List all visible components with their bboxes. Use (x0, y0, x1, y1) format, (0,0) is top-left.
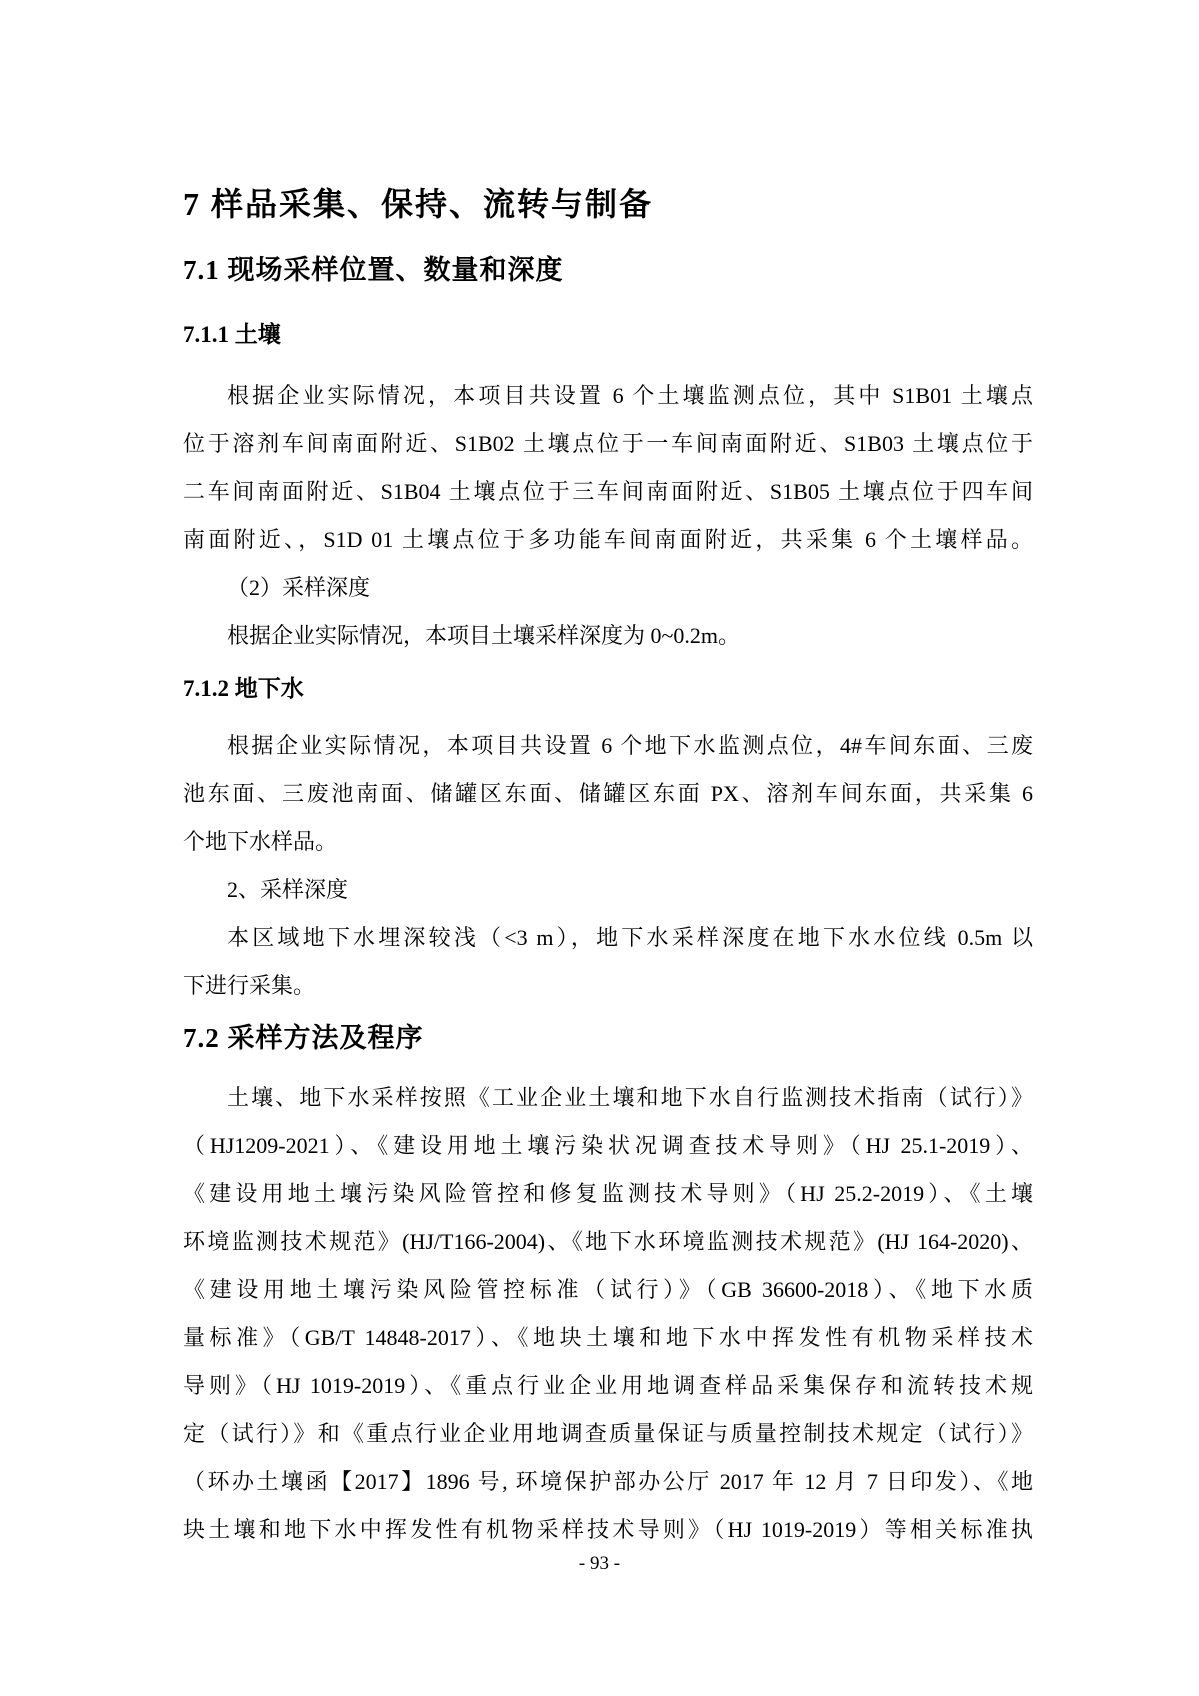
paragraph-line: 根据企业实际情况，本项目共设置 6 个地下水监测点位，4#车间东面、三废 (183, 722, 1033, 770)
subsection-heading-7-1-2: 7.1.2 地下水 (183, 672, 1033, 706)
paragraph-soil-points: 根据企业实际情况，本项目共设置 6 个土壤监测点位，其中 S1B01 土壤点 位… (183, 372, 1033, 564)
soil-depth-heading: （2）采样深度 (183, 564, 1033, 612)
section-heading-7-1: 7.1 现场采样位置、数量和深度 (183, 250, 1033, 290)
paragraph-line: 《建设用地土壤污染风险管控标准（试行）》（GB 36600-2018）、《地下水… (183, 1266, 1033, 1314)
paragraph-groundwater-points: 根据企业实际情况，本项目共设置 6 个地下水监测点位，4#车间东面、三废 池东面… (183, 722, 1033, 866)
paragraph-line: 下进行采集。 (183, 962, 1033, 1010)
soil-depth-text: 根据企业实际情况，本项目土壤采样深度为 0~0.2m。 (183, 612, 1033, 660)
paragraph-line: 二车间南面附近、S1B04 土壤点位于三车间南面附近、S1B05 土壤点位于四车… (183, 468, 1033, 516)
paragraph-line: 根据企业实际情况，本项目共设置 6 个土壤监测点位，其中 S1B01 土壤点 (183, 372, 1033, 420)
paragraph-line: 本区域地下水埋深较浅（<3 m），地下水采样深度在地下水水位线 0.5m 以 (183, 914, 1033, 962)
paragraph-line: 池东面、三废池南面、储罐区东面、储罐区东面 PX、溶剂车间东面，共采集 6 (183, 770, 1033, 818)
paragraph-line: 定（试行）》和《重点行业企业用地调查质量保证与质量控制技术规定（试行）》 (183, 1410, 1033, 1458)
document-page: 7 样品采集、保持、流转与制备 7.1 现场采样位置、数量和深度 7.1.1 土… (0, 0, 1199, 1696)
groundwater-depth-heading: 2、采样深度 (183, 866, 1033, 914)
paragraph-line: 土壤、地下水采样按照《工业企业土壤和地下水自行监测技术指南（试行）》 (183, 1074, 1033, 1122)
subsection-heading-7-1-1: 7.1.1 土壤 (183, 318, 1033, 352)
paragraph-line: 南面附近、，S1D 01 土壤点位于多功能车间南面附近，共采集 6 个土壤样品。 (183, 516, 1033, 564)
paragraph-line: （HJ1209-2021）、《建设用地土壤污染状况调查技术导则》（HJ 25.1… (183, 1122, 1033, 1170)
page-number: - 93 - (0, 1550, 1199, 1578)
paragraph-line: 导则》（HJ 1019-2019）、《重点行业企业用地调查样品采集保存和流转技术… (183, 1362, 1033, 1410)
paragraph-line: 位于溶剂车间南面附近、S1B02 土壤点位于一车间南面附近、S1B03 土壤点位… (183, 420, 1033, 468)
paragraph-sampling-standards: 土壤、地下水采样按照《工业企业土壤和地下水自行监测技术指南（试行）》 （HJ12… (183, 1074, 1033, 1554)
paragraph-line: （环办土壤函【2017】1896 号, 环境保护部办公厅 2017 年 12 月… (183, 1458, 1033, 1506)
page-content: 7 样品采集、保持、流转与制备 7.1 现场采样位置、数量和深度 7.1.1 土… (183, 178, 1033, 1554)
paragraph-line: 块土壤和地下水中挥发性有机物采样技术导则》（HJ 1019-2019）等相关标准… (183, 1506, 1033, 1554)
paragraph-groundwater-depth: 本区域地下水埋深较浅（<3 m），地下水采样深度在地下水水位线 0.5m 以 下… (183, 914, 1033, 1010)
paragraph-line: 环境监测技术规范》(HJ/T166-2004)、《地下水环境监测技术规范》(HJ… (183, 1218, 1033, 1266)
paragraph-line: 《建设用地土壤污染风险管控和修复监测技术导则》（HJ 25.2-2019）、《土… (183, 1170, 1033, 1218)
paragraph-line: 量标准》（GB/T 14848-2017）、《地块土壤和地下水中挥发性有机物采样… (183, 1314, 1033, 1362)
section-heading-7-2: 7.2 采样方法及程序 (183, 1018, 1033, 1058)
paragraph-line: 个地下水样品。 (183, 818, 1033, 866)
chapter-heading: 7 样品采集、保持、流转与制备 (183, 178, 1033, 230)
